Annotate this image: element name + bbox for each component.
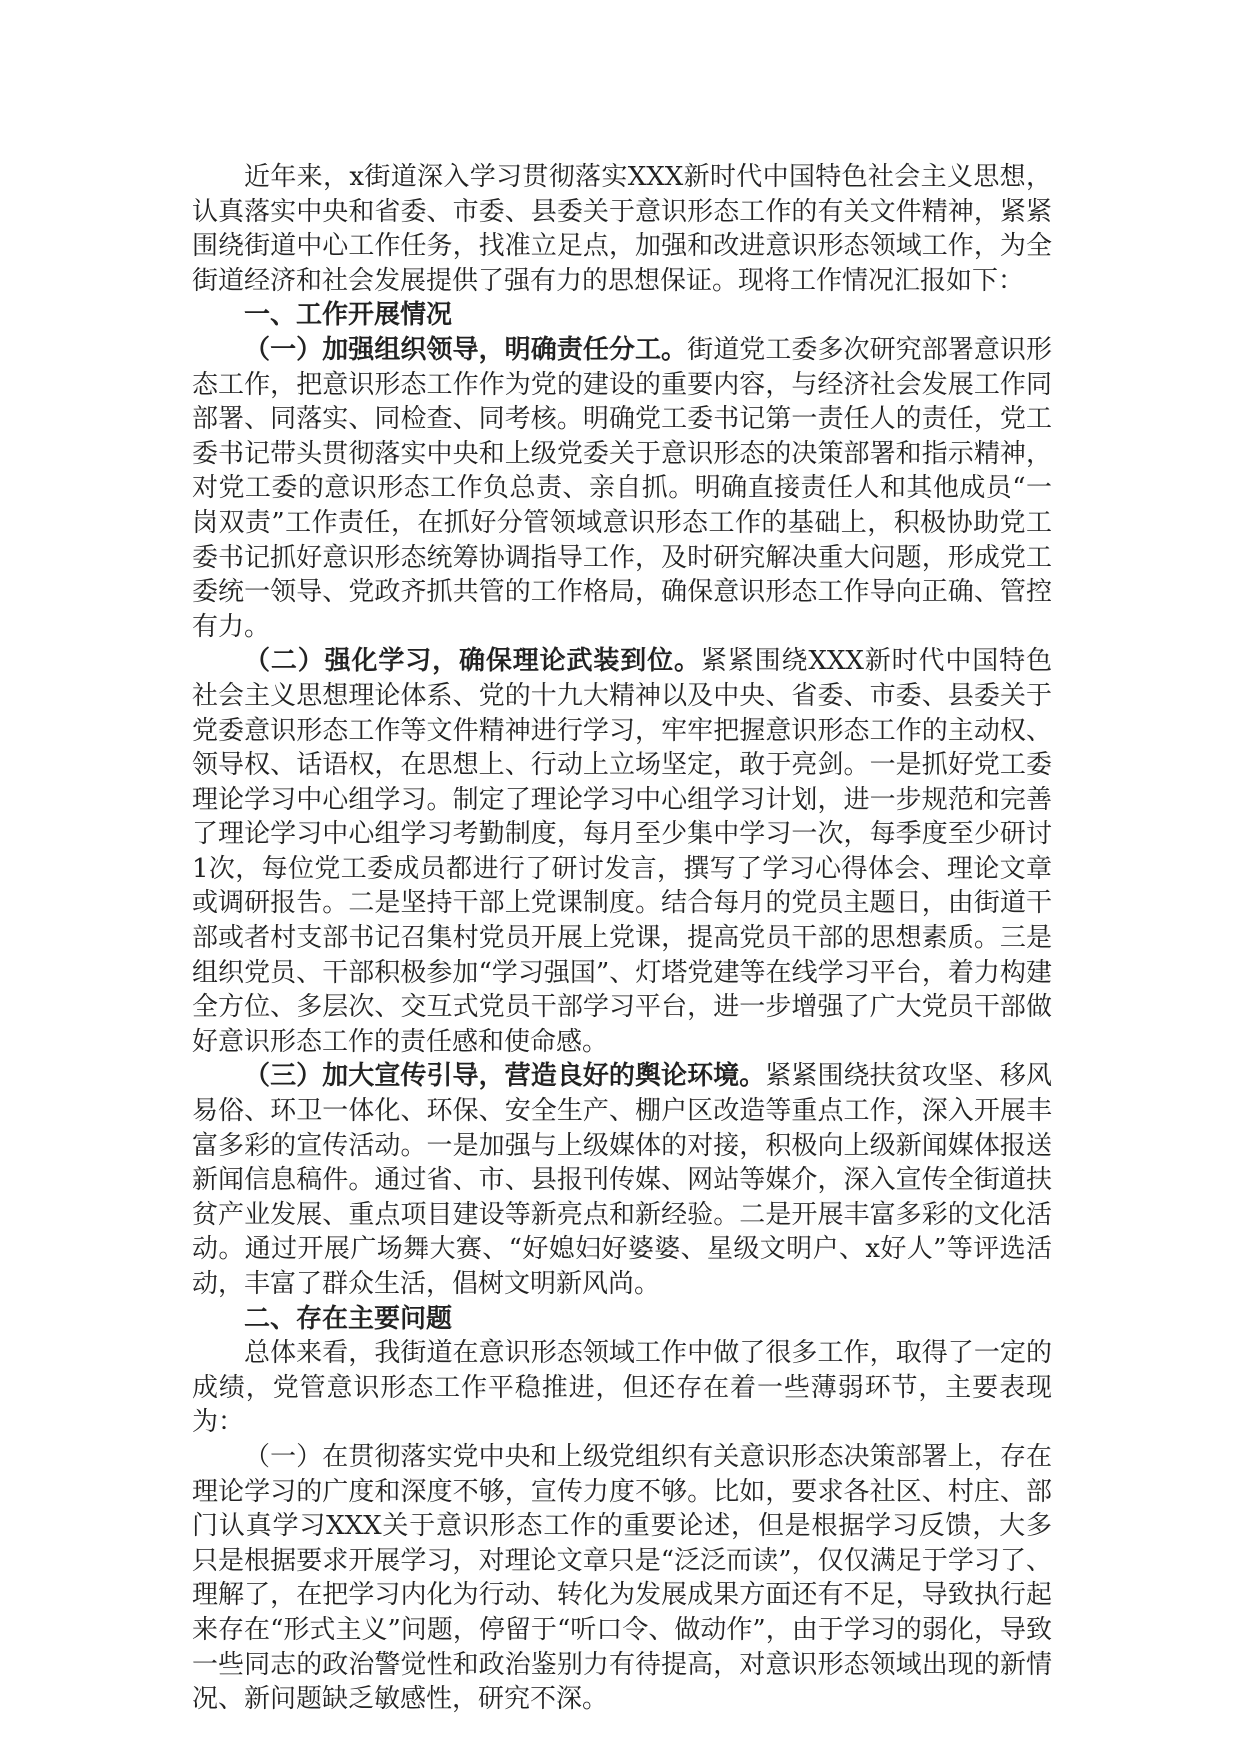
- paragraph-body: 街道党工委多次研究部署意识形态工作，把意识形态工作作为党的建设的重要内容，与经济…: [192, 335, 1052, 642]
- section-heading-main-problems: 二、存在主要问题: [192, 1302, 1052, 1337]
- paragraph-body: 紧紧围绕扶贫攻坚、移风易俗、环卫一体化、环保、安全生产、棚户区改造等重点工作，深…: [192, 1061, 1052, 1299]
- paragraph-publicity-guidance: （三）加大宣传引导，营造良好的舆论环境。紧紧围绕扶贫攻坚、移风易俗、环卫一体化、…: [192, 1059, 1052, 1301]
- paragraph-lead: （三）加大宣传引导，营造良好的舆论环境。: [244, 1061, 765, 1091]
- problem-item-paragraph: （一）在贯彻落实党中央和上级党组织有关意识形态决策部署上，存在理论学习的广度和深…: [192, 1440, 1052, 1717]
- paragraph-lead: （一）加强组织领导，明确责任分工。: [244, 335, 687, 365]
- section-heading-work-progress: 一、工作开展情况: [192, 298, 1052, 333]
- paragraph-body: 紧紧围绕XXX新时代中国特色社会主义思想理论体系、党的十九大精神以及中央、省委、…: [192, 646, 1052, 1057]
- paragraph-organization-leadership: （一）加强组织领导，明确责任分工。街道党工委多次研究部署意识形态工作，把意识形态…: [192, 333, 1052, 644]
- paragraph-lead: （二）强化学习，确保理论武装到位。: [244, 646, 701, 676]
- document-page: 近年来，x街道深入学习贯彻落实XXX新时代中国特色社会主义思想，认真落实中央和省…: [192, 160, 1052, 1717]
- problems-summary-paragraph: 总体来看，我街道在意识形态领域工作中做了很多工作，取得了一定的成绩，党管意识形态…: [192, 1336, 1052, 1440]
- paragraph-study-theory: （二）强化学习，确保理论武装到位。紧紧围绕XXX新时代中国特色社会主义思想理论体…: [192, 644, 1052, 1059]
- intro-paragraph: 近年来，x街道深入学习贯彻落实XXX新时代中国特色社会主义思想，认真落实中央和省…: [192, 160, 1052, 298]
